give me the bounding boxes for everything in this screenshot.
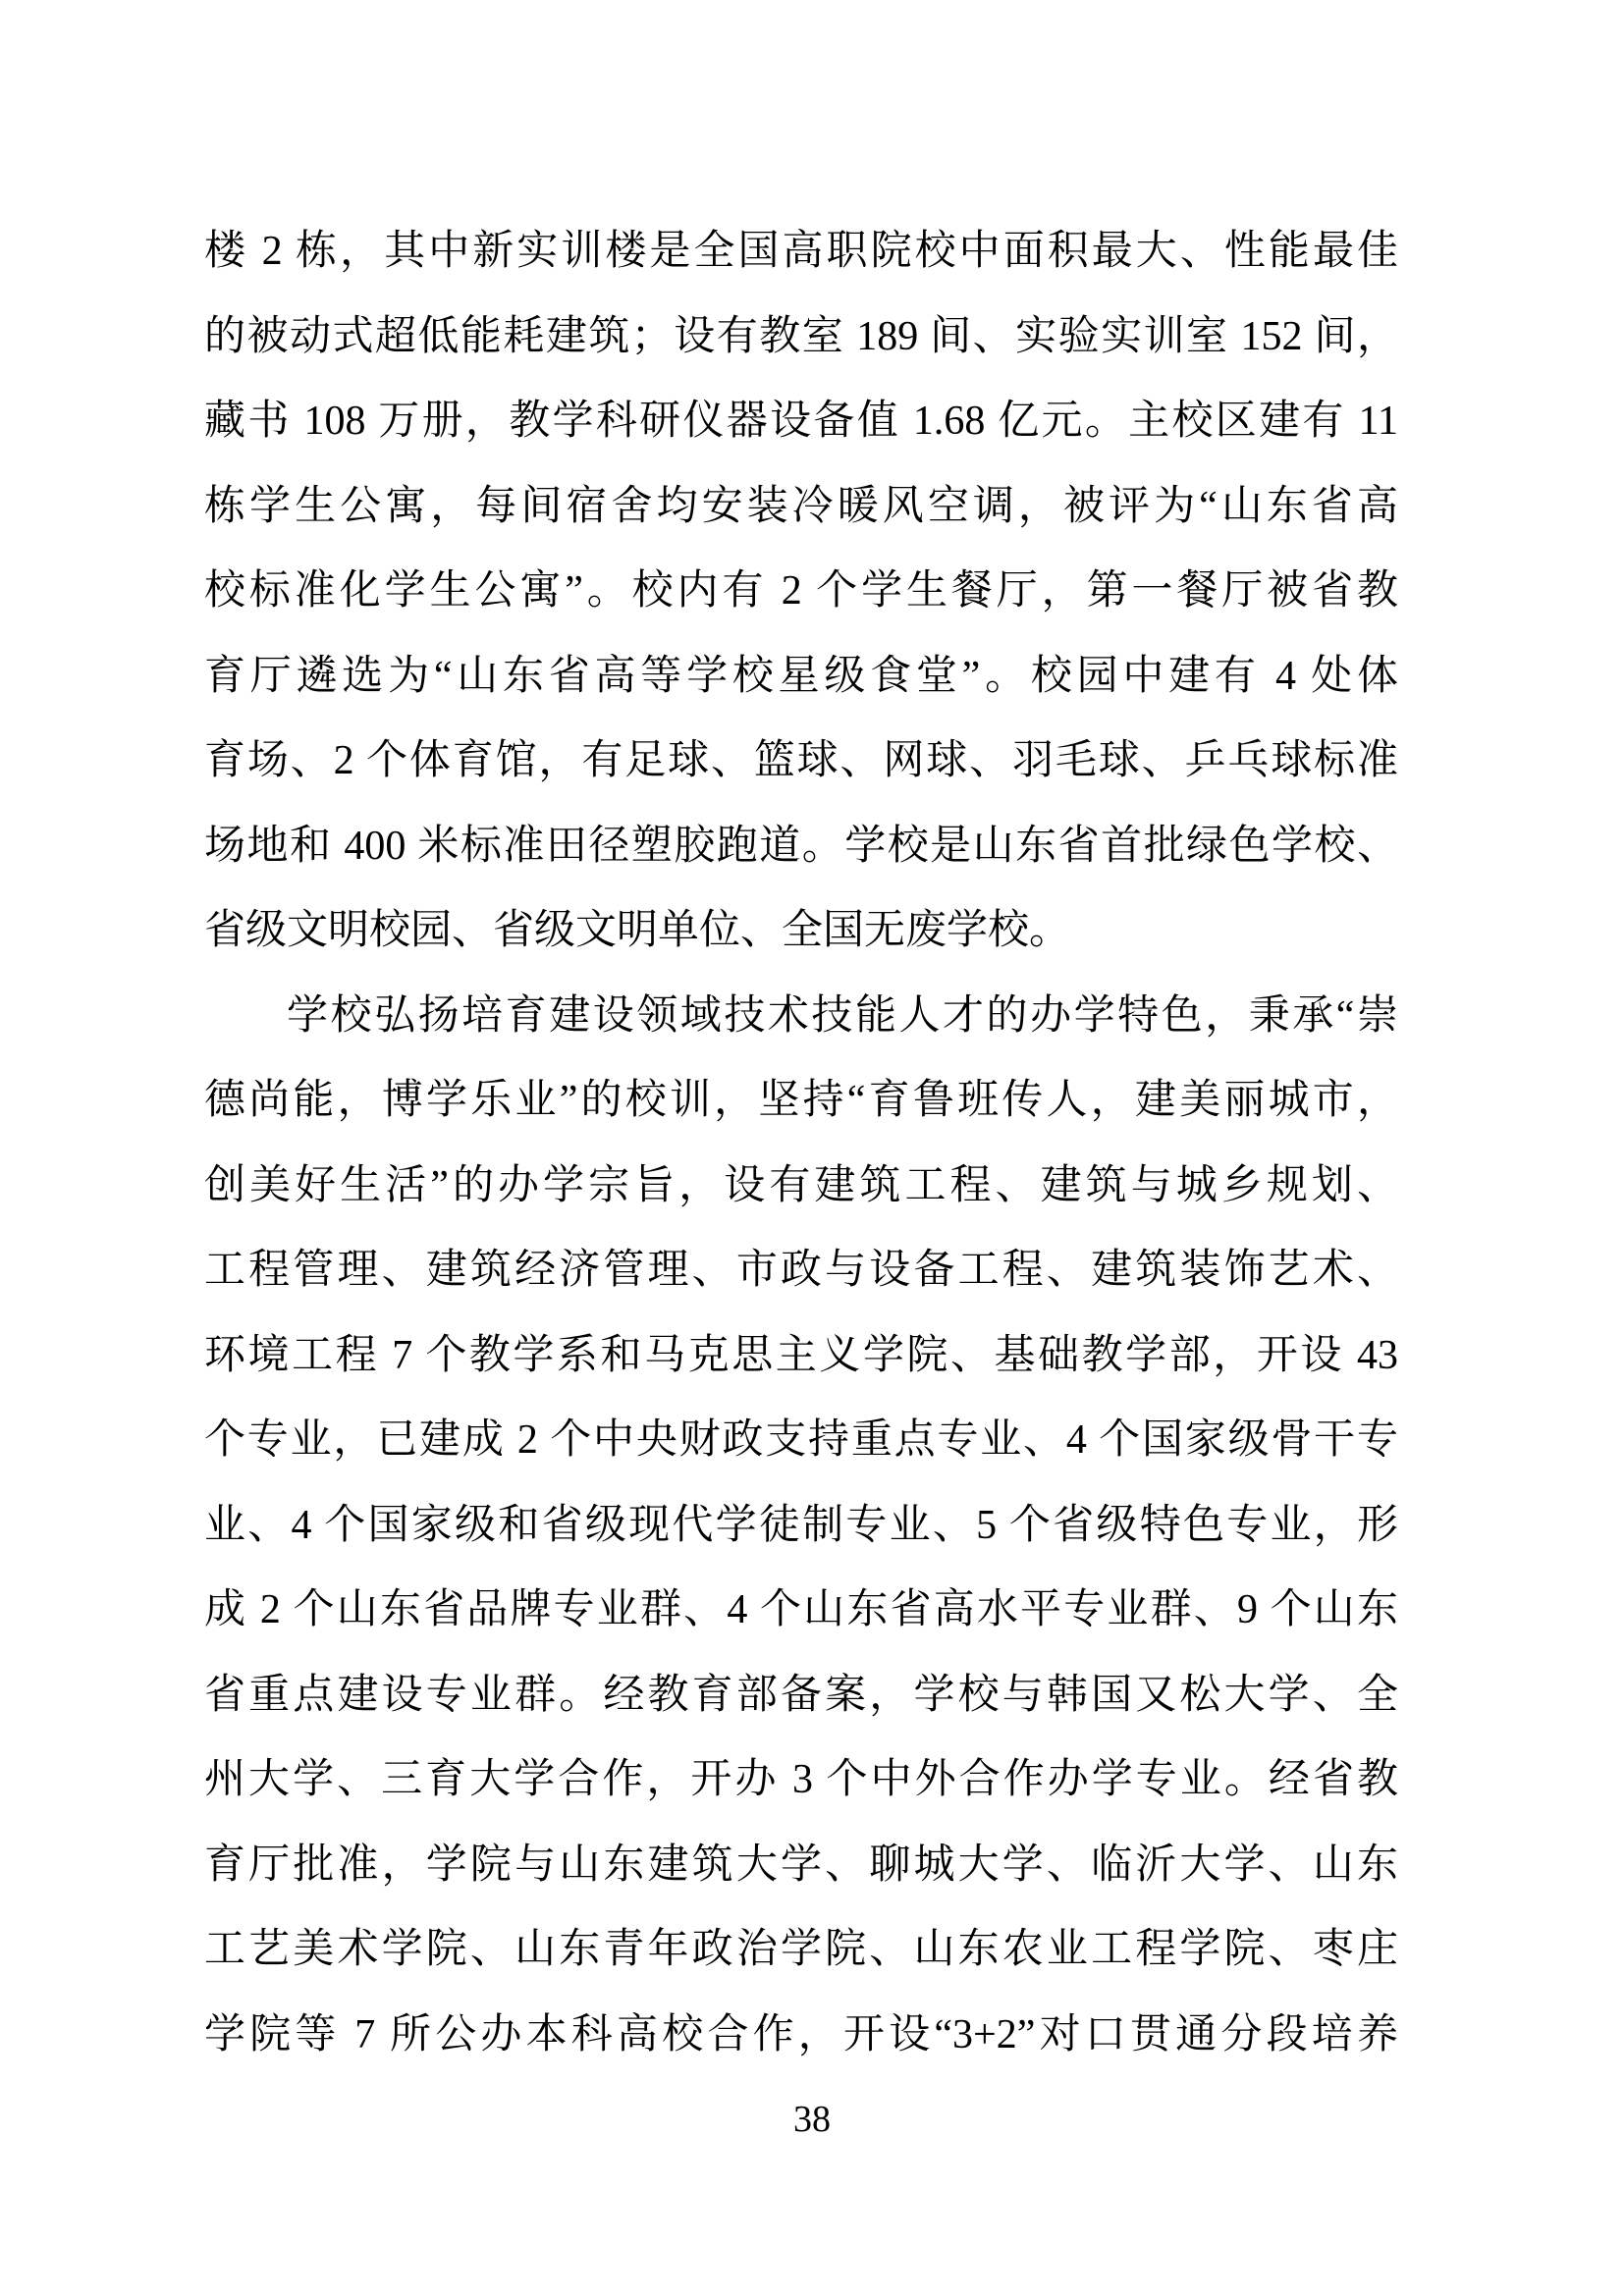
text-line: 校标准化学生公寓”。校内有 2 个学生餐厅，第一餐厅被省教 [204,549,1398,634]
text-line: 省重点建设专业群。经教育部备案，学校与韩国又松大学、全 [204,1653,1398,1738]
text-line: 育厅遴选为“山东省高等学校星级食堂”。校园中建有 4 处体 [204,634,1398,720]
text-line: 育场、2 个体育馆，有足球、篮球、网球、羽毛球、乒乓球标准 [204,719,1398,804]
text-line: 创美好生活”的办学宗旨，设有建筑工程、建筑与城乡规划、 [204,1144,1398,1229]
text-line: 工艺美术学院、山东青年政治学院、山东农业工程学院、枣庄 [204,1907,1398,1993]
text-line: 环境工程 7 个教学系和马克思主义学院、基础教学部，开设 43 [204,1313,1398,1399]
page-number: 38 [0,2097,1624,2142]
text-line: 德尚能，博学乐业”的校训，坚持“育鲁班传人，建美丽城市， [204,1058,1398,1144]
text-line: 育厅批准，学院与山东建筑大学、聊城大学、临沂大学、山东 [204,1823,1398,1908]
document-page: 楼 2 栋，其中新实训楼是全国高职院校中面积最大、性能最佳 的被动式超低能耗建筑… [0,0,1624,2296]
text-line: 楼 2 栋，其中新实训楼是全国高职院校中面积最大、性能最佳 [204,209,1398,294]
text-line: 工程管理、建筑经济管理、市政与设备工程、建筑装饰艺术、 [204,1228,1398,1313]
text-line: 藏书 108 万册，教学科研仪器设备值 1.68 亿元。主校区建有 11 [204,379,1398,464]
text-line: 学院等 7 所公办本科高校合作，开设“3+2”对口贯通分段培养 [204,1993,1398,2078]
text-line: 场地和 400 米标准田径塑胶跑道。学校是山东省首批绿色学校、 [204,804,1398,889]
body-text: 楼 2 栋，其中新实训楼是全国高职院校中面积最大、性能最佳 的被动式超低能耗建筑… [204,209,1398,2077]
text-line: 成 2 个山东省品牌专业群、4 个山东省高水平专业群、9 个山东 [204,1568,1398,1653]
text-line: 省级文明校园、省级文明单位、全国无废学校。 [204,888,1398,974]
text-line: 业、4 个国家级和省级现代学徒制专业、5 个省级特色专业，形 [204,1483,1398,1569]
text-line: 个专业，已建成 2 个中央财政支持重点专业、4 个国家级骨干专 [204,1398,1398,1483]
text-line: 的被动式超低能耗建筑；设有教室 189 间、实验实训室 152 间， [204,294,1398,380]
text-line: 州大学、三育大学合作，开办 3 个中外合作办学专业。经省教 [204,1737,1398,1823]
text-line: 栋学生公寓，每间宿舍均安装冷暖风空调，被评为“山东省高 [204,464,1398,550]
text-line: 学校弘扬培育建设领域技术技能人才的办学特色，秉承“崇 [204,974,1398,1059]
